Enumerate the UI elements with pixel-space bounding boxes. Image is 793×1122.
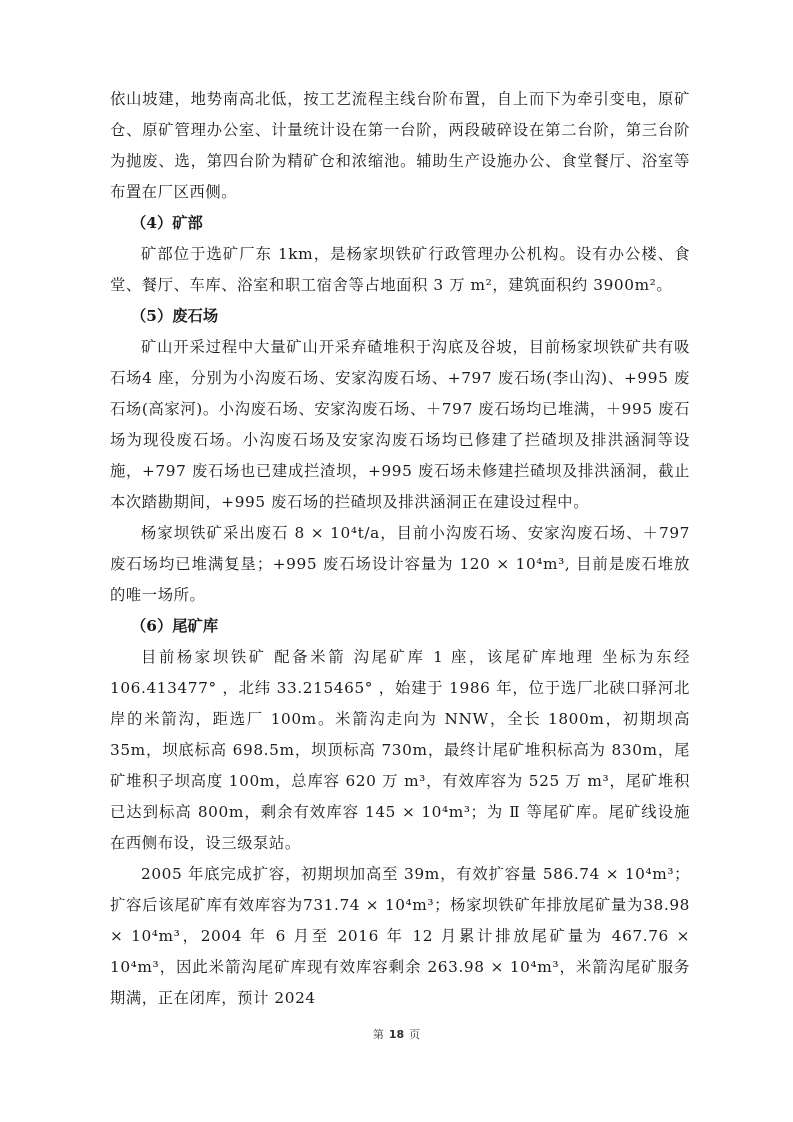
paragraph-waste-rock-yards: 矿山开采过程中大量矿山开采弃碴堆积于沟底及谷坡，目前杨家坝铁矿共有吸石场4 座，… xyxy=(110,332,690,518)
paragraph-tailings-expansion: 2005 年底完成扩容，初期坝加高至 39m，有效扩容量 586.74 × 10… xyxy=(110,859,690,1014)
paragraph-plant-layout: 依山坡建，地势南高北低，按工艺流程主线台阶布置，自上而下为牵引变电，原矿仓、原矿… xyxy=(110,84,690,208)
paragraph-waste-rock-output: 杨家坝铁矿采出废石 8 × 10⁴t/a，目前小沟废石场、安家沟废石场、＋797… xyxy=(110,518,690,611)
page-suffix: 页 xyxy=(409,1028,420,1041)
page-prefix: 第 xyxy=(373,1028,384,1041)
paragraph-mine-office: 矿部位于选矿厂东 1km，是杨家坝铁矿行政管理办公机构。设有办公楼、食堂、餐厅、… xyxy=(110,239,690,301)
page-footer: 第18页 xyxy=(0,1026,793,1042)
heading-mine-office: （4）矿部 xyxy=(110,208,690,239)
paragraph-tailings-pond: 目前杨家坝铁矿 配备米箭 沟尾矿库 1 座，该尾矿库地理 坐标为东经 106.4… xyxy=(110,642,690,859)
heading-tailings-pond: （6）尾矿库 xyxy=(110,611,690,642)
page-body: 依山坡建，地势南高北低，按工艺流程主线台阶布置，自上而下为牵引变电，原矿仓、原矿… xyxy=(110,84,690,1014)
document-page: 依山坡建，地势南高北低，按工艺流程主线台阶布置，自上而下为牵引变电，原矿仓、原矿… xyxy=(0,0,793,1122)
page-number: 18 xyxy=(389,1028,404,1041)
heading-waste-rock-yard: （5）废石场 xyxy=(110,301,690,332)
